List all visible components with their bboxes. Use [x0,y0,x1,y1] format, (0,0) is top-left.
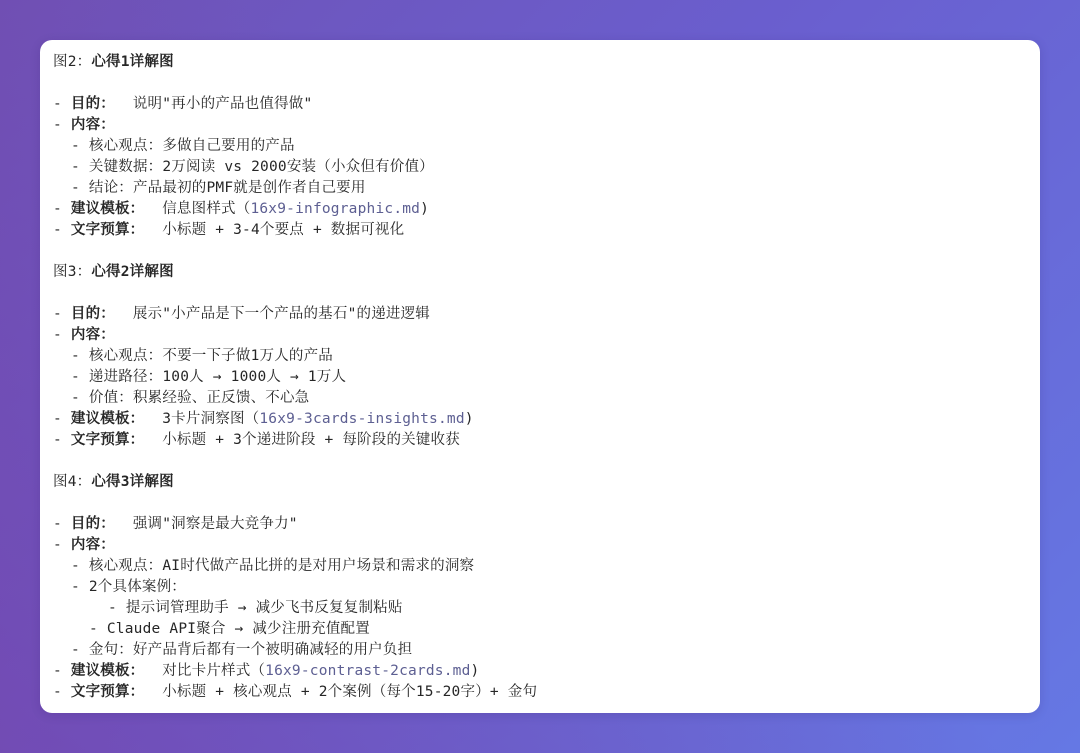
budget-line: - 文字预算： 小标题 + 3-4个要点 + 数据可视化 [53,220,1027,241]
template-label: 建议模板： [71,411,145,427]
content-item-text: 关键数据：2万阅读 vs 2000安装（小众但有价值） [89,159,434,175]
purpose-text: 强调"洞察是最大竞争力" [115,516,298,532]
content-line: - 内容： [53,115,1027,136]
bullet: - [71,180,89,196]
bullet: - [89,621,107,637]
content-item-text: 价值：积累经验、正反馈、不心急 [89,390,310,406]
bullet: - [71,390,89,406]
purpose-line: - 目的： 说明"再小的产品也值得做" [53,94,1027,115]
bullet: - [53,96,71,112]
budget-text: 小标题 + 核心观点 + 2个案例（每个15-20字）+ 金句 [144,684,537,700]
template-text: 3卡片洞察图（ [144,411,259,427]
purpose-text: 展示"小产品是下一个产品的基石"的递进逻辑 [115,306,430,322]
bullet: - [53,684,71,700]
purpose-text: 说明"再小的产品也值得做" [115,96,312,112]
content-item: - 结论：产品最初的PMF就是创作者自己要用 [53,178,1027,199]
budget-text: 小标题 + 3个递进阶段 + 每阶段的关键收获 [144,432,460,448]
blank-line [53,451,1027,472]
content-label: 内容： [71,327,115,343]
content-item: - 核心观点：AI时代做产品比拼的是对用户场景和需求的洞察 [53,556,1027,577]
bullet: - [71,348,89,364]
paren-close: ) [471,663,480,679]
document-card: 图2：心得1详解图 - 目的： 说明"再小的产品也值得做" - 内容： - 核心… [40,40,1040,713]
blank-line [53,283,1027,304]
purpose-label: 目的： [71,306,115,322]
purpose-label: 目的： [71,96,115,112]
budget-line: - 文字预算： 小标题 + 核心观点 + 2个案例（每个15-20字）+ 金句 [53,682,1027,703]
template-file-link[interactable]: 16x9-infographic.md [250,201,420,217]
case-text: Claude API聚合 → 减少注册充值配置 [107,621,370,637]
purpose-line: - 目的： 强调"洞察是最大竞争力" [53,514,1027,535]
quote-text: 金句：好产品背后都有一个被明确减轻的用户负担 [89,642,412,658]
bullet: - [53,327,71,343]
blank-line [53,73,1027,94]
content-item-text: 核心观点：不要一下子做1万人的产品 [89,348,333,364]
template-label: 建议模板： [71,663,145,679]
template-file-link[interactable]: 16x9-3cards-insights.md [259,411,464,427]
template-file-link[interactable]: 16x9-contrast-2cards.md [265,663,470,679]
budget-line: - 文字预算： 小标题 + 3个递进阶段 + 每阶段的关键收获 [53,430,1027,451]
content-item: - 关键数据：2万阅读 vs 2000安装（小众但有价值） [53,157,1027,178]
bullet: - [53,411,71,427]
blank-line [53,493,1027,514]
purpose-line: - 目的： 展示"小产品是下一个产品的基石"的递进逻辑 [53,304,1027,325]
content-item-text: 结论：产品最初的PMF就是创作者自己要用 [89,180,366,196]
content-item: - 核心观点：多做自己要用的产品 [53,136,1027,157]
content-item: - 2个具体案例： [53,577,1027,598]
template-line: - 建议模板： 信息图样式（16x9-infographic.md) [53,199,1027,220]
case-text: 提示词管理助手 → 减少飞书反复复制粘贴 [126,600,403,616]
bullet: - [53,201,71,217]
template-line: - 建议模板： 3卡片洞察图（16x9-3cards-insights.md) [53,409,1027,430]
purpose-label: 目的： [71,516,115,532]
figure-number: 图2： [53,54,91,70]
budget-label: 文字预算： [71,432,145,448]
template-line: - 建议模板： 对比卡片样式（16x9-contrast-2cards.md) [53,661,1027,682]
budget-label: 文字预算： [71,684,145,700]
section-header: 图3：心得2详解图 [53,262,1027,283]
section-title: 心得2详解图 [91,264,173,280]
content-item-text: 2个具体案例： [89,579,186,595]
paren-close: ) [465,411,474,427]
figure-number: 图3： [53,264,91,280]
bullet: - [53,537,71,553]
content-item: - 价值：积累经验、正反馈、不心急 [53,388,1027,409]
bullet: - [71,558,89,574]
bullet: - [71,579,89,595]
bullet: - [108,600,126,616]
section-title: 心得1详解图 [91,54,173,70]
template-label: 建议模板： [71,201,145,217]
section-header: 图4：心得3详解图 [53,472,1027,493]
bullet: - [71,138,89,154]
bullet: - [53,306,71,322]
content-line: - 内容： [53,325,1027,346]
template-text: 对比卡片样式（ [144,663,265,679]
content-label: 内容： [71,537,115,553]
blank-line [53,241,1027,262]
bullet: - [53,432,71,448]
bullet: - [71,159,89,175]
bullet: - [53,516,71,532]
section-title: 心得3详解图 [91,474,173,490]
bullet: - [53,663,71,679]
case-item: - 提示词管理助手 → 减少飞书反复复制粘贴 [53,598,1027,619]
bullet: - [53,222,71,238]
paren-close: ) [420,201,429,217]
content-item-text: 核心观点：多做自己要用的产品 [89,138,295,154]
section-header: 图2：心得1详解图 [53,52,1027,73]
budget-text: 小标题 + 3-4个要点 + 数据可视化 [144,222,404,238]
content-item-text: 核心观点：AI时代做产品比拼的是对用户场景和需求的洞察 [89,558,474,574]
bullet: - [53,117,71,133]
budget-label: 文字预算： [71,222,145,238]
content-line: - 内容： [53,535,1027,556]
template-text: 信息图样式（ [144,201,250,217]
figure-number: 图4： [53,474,91,490]
case-item: - Claude API聚合 → 减少注册充值配置 [53,619,1027,640]
quote-item: - 金句：好产品背后都有一个被明确减轻的用户负担 [53,640,1027,661]
content-item: - 核心观点：不要一下子做1万人的产品 [53,346,1027,367]
bullet: - [71,369,89,385]
content-item: - 递进路径：100人 → 1000人 → 1万人 [53,367,1027,388]
bullet: - [71,642,89,658]
content-item-text: 递进路径：100人 → 1000人 → 1万人 [89,369,346,385]
content-label: 内容： [71,117,115,133]
